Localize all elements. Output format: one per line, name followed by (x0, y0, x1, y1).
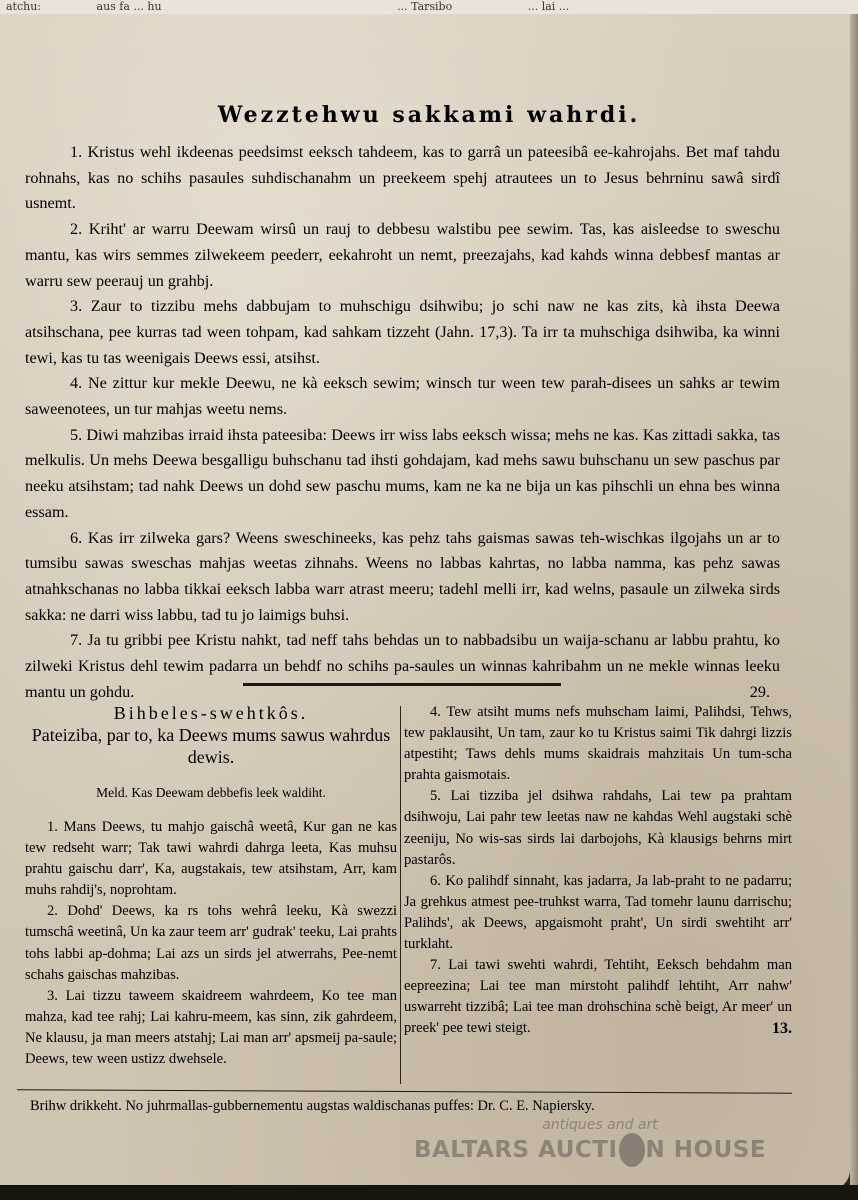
watermark-brand: BALTARS AUCTI N HOUSE (380, 1133, 800, 1167)
article-paragraph-6: 6. Kas irr zilweka gars? Weens sweschine… (25, 526, 780, 629)
hymn-column-left: Bihbeles-swehtkôs. Pateiziba, par to, ka… (25, 702, 397, 1070)
article-paragraph-7: 7. Ja tu gribbi pee Kristu nahkt, tad ne… (25, 628, 780, 705)
stanza-1: 1. Mans Deews, tu mahjo gaischâ weetâ, K… (25, 817, 397, 901)
auction-watermark: antiques and art BALTARS AUCTI N HOUSE (380, 1117, 800, 1167)
column-divider (400, 706, 401, 1084)
strip-fragment: ... lai ... (522, 0, 576, 13)
article-paragraph-5: 5. Diwi mahzibas irraid ihsta pateesiba:… (25, 423, 780, 526)
stanza-5: 5. Lai tizziba jel dsihwa rahdahs, Lai t… (404, 786, 792, 870)
hymn-title: Pateiziba, par to, ka Deews mums sawus w… (25, 724, 397, 768)
hymn-series-title: Bihbeles-swehtkôs. (25, 702, 397, 724)
hymn-melody: Meld. Kas Deewam debbefis leek waldiht. (25, 782, 397, 804)
hymn-column-right: 4. Tew atsiht mums nefs muhscham laimi, … (404, 702, 792, 1040)
underlying-page-strip: atchu: aus fa ... hu ... Tarsibo ... lai… (0, 0, 858, 15)
stanza-7: 7. Lai tawi swehti wahrdi, Tehtiht, Eeks… (404, 955, 792, 1039)
watermark-brand-right: N HOUSE (646, 1137, 767, 1163)
article-title: Wezztehwu sakkami wahrdi. (0, 102, 858, 128)
imprint-line: Brihw drikkeht. No juhrmallas-gubberneme… (30, 1098, 790, 1115)
stanza-7-text: 7. Lai tawi swehti wahrdi, Tehtiht, Eeks… (404, 957, 792, 1036)
stanza-2: 2. Dohd' Deews, ka rs tohs wehrâ leeku, … (25, 901, 397, 985)
hymn-number: 13. (746, 1018, 792, 1039)
stanza-3: 3. Lai tizzu taweem skaidreem wahrdeem, … (25, 986, 397, 1070)
background-shadow (0, 1185, 858, 1200)
article-paragraph-7-text: 7. Ja tu gribbi pee Kristu nahkt, tad ne… (25, 631, 780, 700)
strip-fragment: ... Tarsibo (391, 0, 458, 13)
watermark-tagline: antiques and art (400, 1117, 800, 1133)
article-paragraph-3: 3. Zaur to tizzibu mehs dabbujam to muhs… (25, 294, 780, 371)
page-edge (850, 14, 858, 1190)
auction-logo-icon (619, 1133, 645, 1167)
stanza-6: 6. Ko palihdf sinnaht, kas jadarra, Ja l… (404, 871, 792, 955)
strip-fragment: atchu: (0, 0, 47, 13)
strip-fragment: aus fa ... hu (91, 0, 168, 13)
section-divider (243, 683, 561, 686)
article-paragraph-4: 4. Ne zittur kur mekle Deewu, ne kà eeks… (25, 371, 780, 422)
article-paragraph-2: 2. Kriht' ar warru Deewam wirsû un rauj … (25, 217, 780, 294)
article-paragraph-1: 1. Kristus wehl ikdeenas peedsimst eeksc… (25, 140, 780, 217)
stanza-4: 4. Tew atsiht mums nefs muhscham laimi, … (404, 702, 792, 786)
article-body: 1. Kristus wehl ikdeenas peedsimst eeksc… (25, 140, 780, 705)
watermark-brand-left: BALTARS AUCTI (414, 1137, 618, 1163)
